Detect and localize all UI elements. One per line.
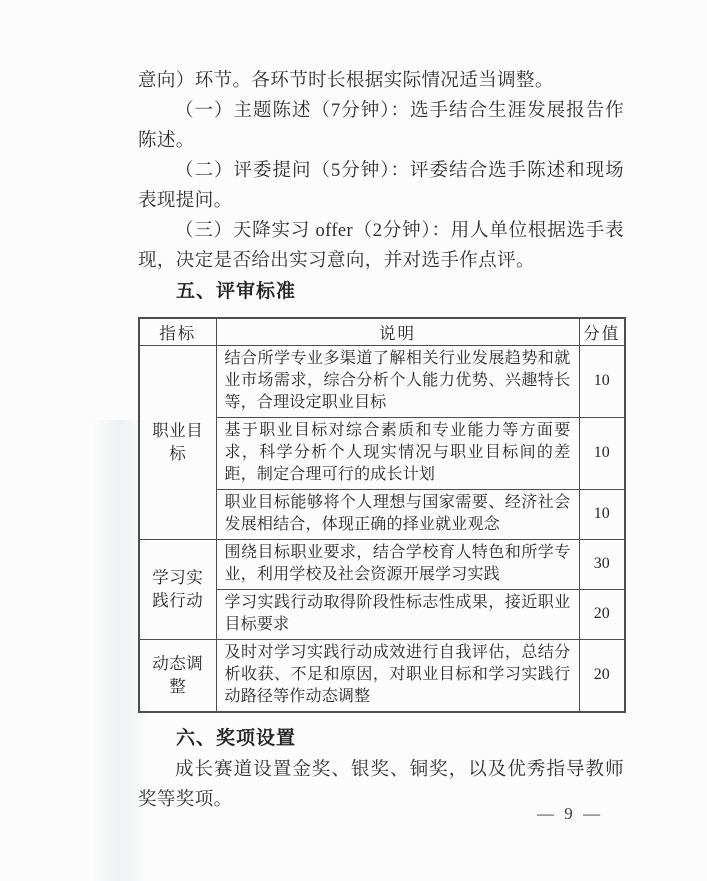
- description-cell: 及时对学习实践行动成效进行自我评估，总结分析收获、不足和原因，对职业目标和学习实…: [216, 639, 579, 712]
- score-cell: 10: [579, 417, 625, 489]
- score-cell: 10: [579, 345, 625, 417]
- table-row: 学习实践行动 围绕目标职业要求，结合学校育人特色和所学专业，利用学校及社会资源开…: [139, 539, 625, 589]
- section5-heading: 五、评审标准: [138, 276, 624, 308]
- page-content: 意向）环节。各环节时长根据实际情况适当调整。 （一）主题陈述（7分钟）：选手结合…: [138, 66, 624, 815]
- score-cell: 10: [579, 489, 625, 539]
- table-row: 动态调整 及时对学习实践行动成效进行自我评估，总结分析收获、不足和原因，对职业目…: [139, 639, 625, 712]
- header-indicator: 指标: [139, 318, 216, 345]
- paragraph-continuation: 意向）环节。各环节时长根据实际情况适当调整。: [138, 66, 624, 96]
- score-cell: 20: [579, 589, 625, 639]
- page-number: — 9 —: [537, 802, 603, 826]
- score-cell: 20: [579, 639, 625, 712]
- description-cell: 职业目标能够将个人理想与国家需要、经济社会发展相结合，体现正确的择业就业观念: [216, 489, 579, 539]
- description-cell: 围绕目标职业要求，结合学校育人特色和所学专业，利用学校及社会资源开展学习实践: [216, 539, 579, 589]
- header-score: 分值: [579, 318, 625, 345]
- score-cell: 30: [579, 539, 625, 589]
- paragraph-internship-offer: （三）天降实习 offer（2分钟）：用人单位根据选手表现，决定是否给出实习意向…: [138, 216, 624, 276]
- indicator-cell-learning-practice: 学习实践行动: [139, 539, 216, 639]
- description-cell: 结合所学专业多渠道了解相关行业发展趋势和就业市场需求，综合分析个人能力优势、兴趣…: [216, 345, 579, 417]
- paragraph-judge-questions: （二）评委提问（5分钟）：评委结合选手陈述和现场表现提问。: [138, 156, 624, 216]
- table-row: 职业目标 结合所学专业多渠道了解相关行业发展趋势和就业市场需求，综合分析个人能力…: [139, 345, 625, 417]
- indicator-cell-career-goal: 职业目标: [139, 345, 216, 539]
- section6-heading: 六、奖项设置: [138, 723, 624, 755]
- scoring-criteria-table: 指标 说明 分值 职业目标 结合所学专业多渠道了解相关行业发展趋势和就业市场需求…: [138, 317, 626, 713]
- description-cell: 基于职业目标对综合素质和专业能力等方面要求，科学分析个人现实情况与职业目标间的差…: [216, 417, 579, 489]
- paragraph-theme-presentation: （一）主题陈述（7分钟）：选手结合生涯发展报告作陈述。: [138, 96, 624, 156]
- table-header-row: 指标 说明 分值: [139, 318, 625, 345]
- description-cell: 学习实践行动取得阶段性标志性成果，接近职业目标要求: [216, 589, 579, 639]
- indicator-cell-dynamic-adjustment: 动态调整: [139, 639, 216, 712]
- header-description: 说明: [216, 318, 579, 345]
- document-page: 意向）环节。各环节时长根据实际情况适当调整。 （一）主题陈述（7分钟）：选手结合…: [0, 0, 707, 881]
